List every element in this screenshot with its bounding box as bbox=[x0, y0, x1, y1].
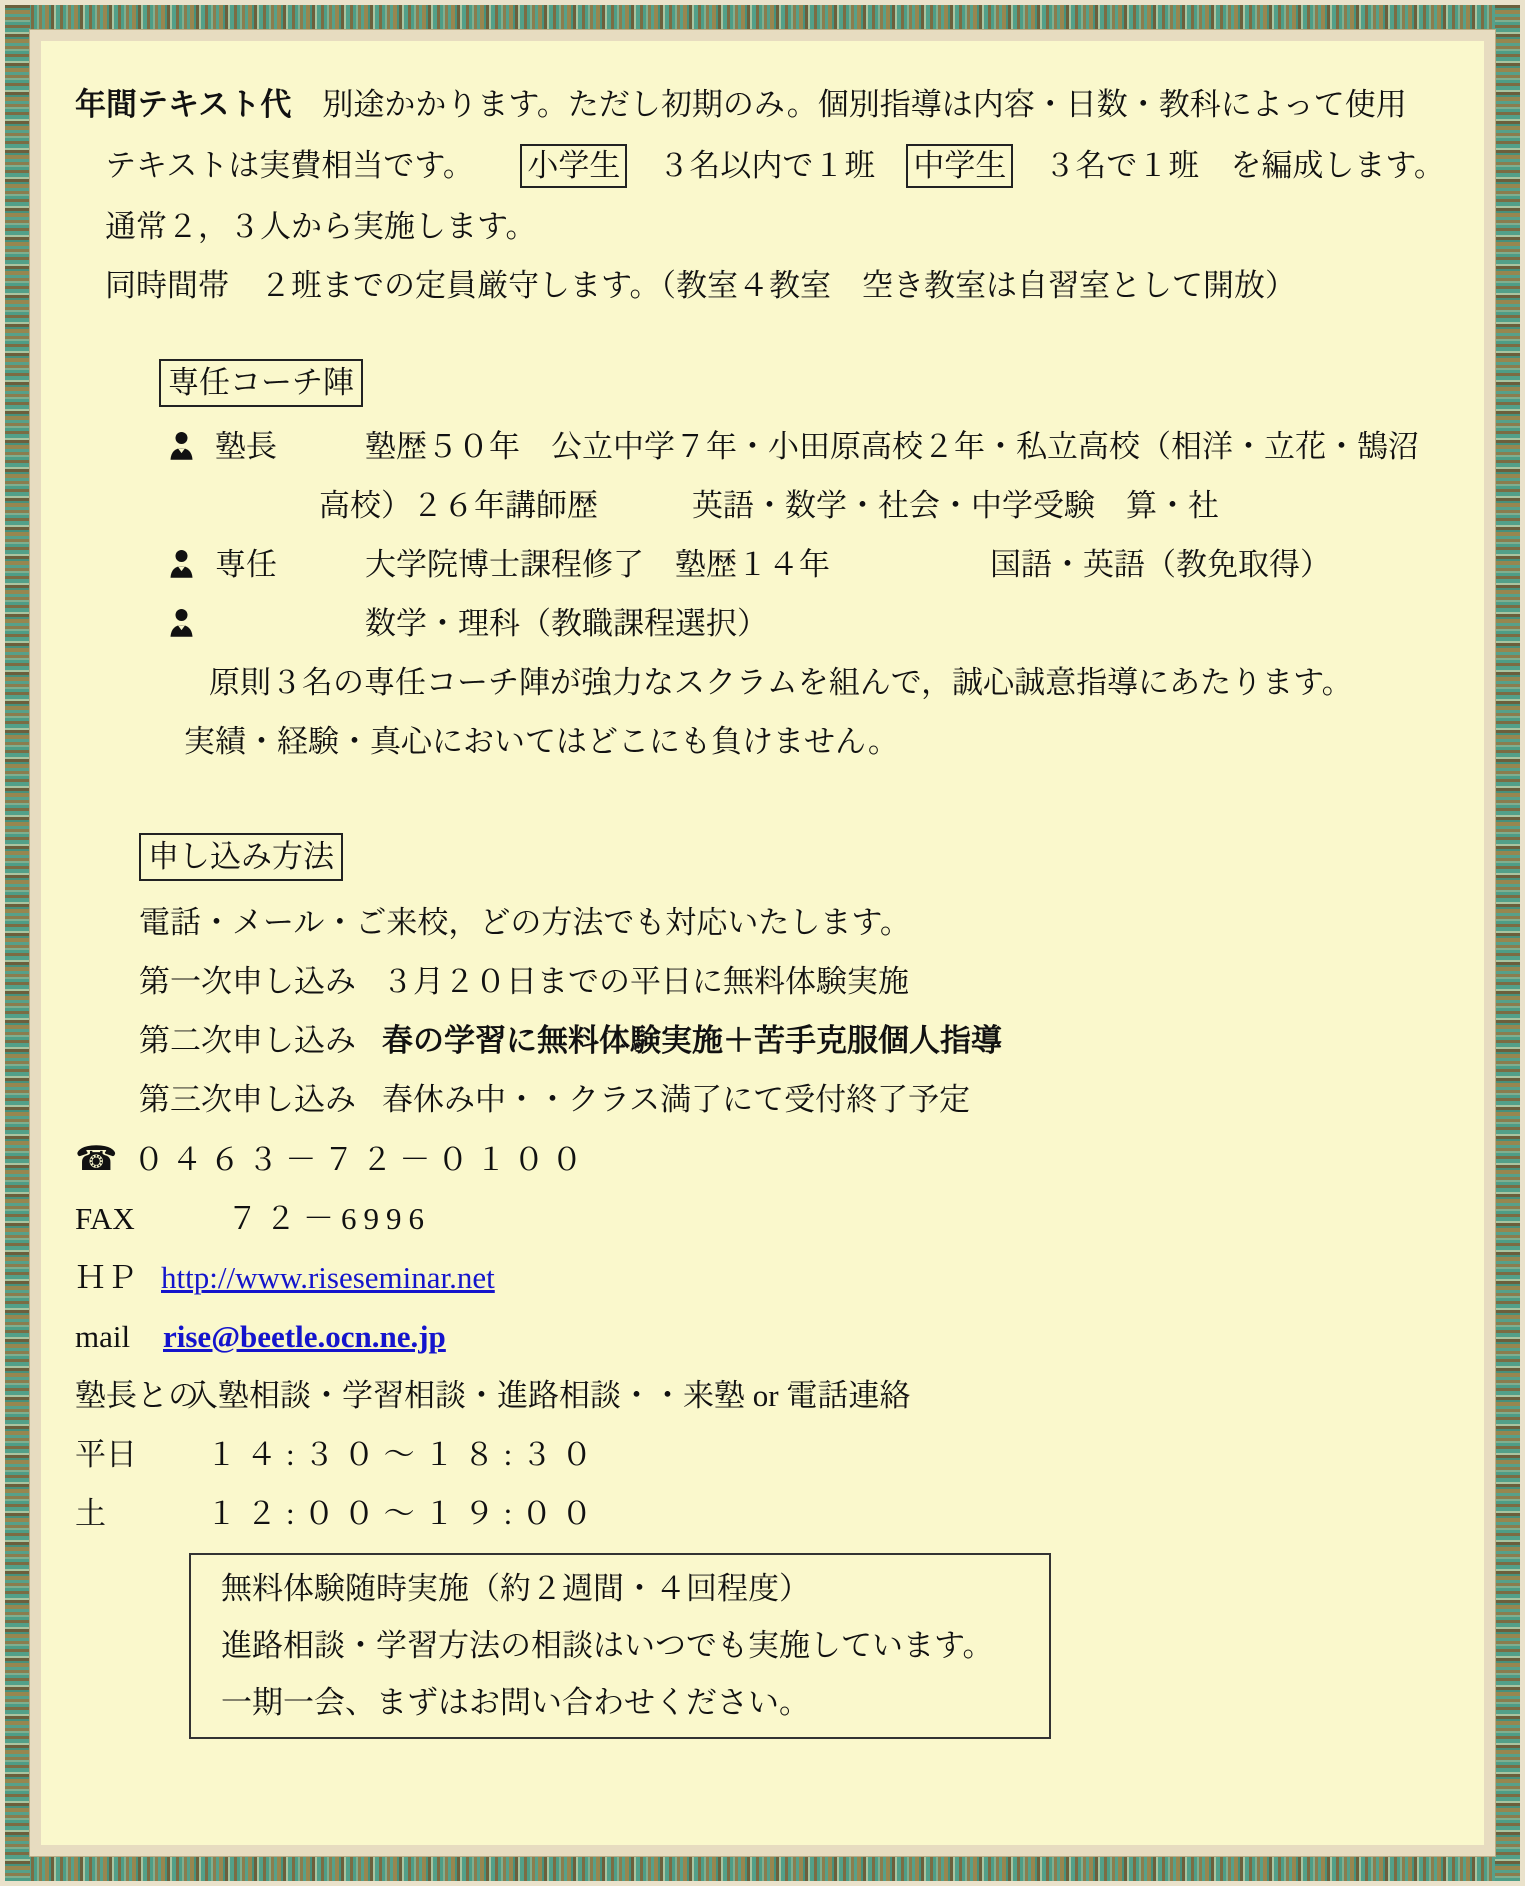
textbook-fee-line1: 年間テキスト代 別途かかります。ただし初期のみ。個別指導は内容・日数・教科によっ… bbox=[75, 85, 1436, 125]
consult-label: 塾長との bbox=[75, 1376, 187, 1416]
free-trial-box: 無料体験随時実施（約２週間・４回程度） 進路相談・学習方法の相談はいつでも実施し… bbox=[189, 1553, 1051, 1739]
document-content: 年間テキスト代 別途かかります。ただし初期のみ。個別指導は内容・日数・教科によっ… bbox=[41, 41, 1484, 1845]
hours-time: １４:３０～１８:３０ bbox=[206, 1437, 601, 1472]
consult-line: 塾長との入塾相談・学習相談・進路相談・・来塾 or 電話連絡 bbox=[75, 1376, 1436, 1416]
telephone-icon: ☎ bbox=[75, 1139, 117, 1179]
apply-step-text-bold: 春の学習に無料体験実施＋苦手克服個人指導 bbox=[382, 1023, 1002, 1058]
homepage-link[interactable]: http://www.riseseminar.net bbox=[161, 1260, 495, 1295]
coach-role: 専任 bbox=[215, 545, 365, 585]
elementary-class-size: ３名以内で１班 bbox=[627, 148, 906, 183]
coach-fulltime-history: 大学院博士課程修了 塾歴１４年 bbox=[365, 545, 830, 585]
apply-intro: 電話・メール・ご来校，どの方法でも対応いたします。 bbox=[139, 903, 1436, 943]
coach-principal-history: 高校）２６年講師歴 bbox=[319, 486, 598, 526]
person-icon bbox=[169, 545, 215, 579]
hours-saturday: 土１２:００～１９:００ bbox=[75, 1494, 1436, 1534]
apply-heading: 申し込み方法 bbox=[139, 833, 343, 881]
frame-pattern-bottom bbox=[5, 1856, 1520, 1881]
coach-principal-line2: 高校）２６年講師歴 英語・数学・社会・中学受験 算・社 bbox=[319, 486, 1219, 526]
coach-principal-line1: 塾歴５０年 公立中学７年・小田原高校２年・私立高校（相洋・立花・鵠沼 bbox=[365, 427, 1419, 467]
coach-third-subjects: 数学・理科（教職課程選択） bbox=[365, 604, 768, 644]
apply-step-2: 第二次申し込み春の学習に無料体験実施＋苦手克服個人指導 bbox=[139, 1021, 1436, 1061]
trial-line-2: 進路相談・学習方法の相談はいつでも実施しています。 bbox=[221, 1626, 1039, 1666]
coaches-note1: 原則３名の専任コーチ陣が強力なスクラムを組んで，誠心誠意指導にあたります。 bbox=[209, 663, 1436, 703]
apply-step-3: 第三次申し込み春休み中・・クラス満了にて受付終了予定 bbox=[139, 1080, 1436, 1120]
coaches-heading: 専任コーチ陣 bbox=[159, 359, 363, 407]
fax-line: FAX７２－6996 bbox=[75, 1199, 1436, 1239]
apply-step-1: 第一次申し込み３月２０日までの平日に無料体験実施 bbox=[139, 962, 1436, 1002]
elementary-student-tag: 小学生 bbox=[520, 144, 627, 188]
person-icon bbox=[169, 604, 215, 638]
junior-class-size: ３名で１班 を編成します。 bbox=[1013, 148, 1445, 183]
junior-high-student-tag: 中学生 bbox=[906, 144, 1013, 188]
person-icon bbox=[169, 427, 215, 461]
textbook-fee-line1-text: 別途かかります。ただし初期のみ。個別指導は内容・日数・教科によって使用 bbox=[291, 87, 1406, 122]
hours-weekday: 平日１４:３０～１８:３０ bbox=[75, 1435, 1436, 1475]
flyer-page: 年間テキスト代 別途かかります。ただし初期のみ。個別指導は内容・日数・教科によっ… bbox=[0, 0, 1525, 1886]
hp-label: ＨＰ bbox=[75, 1258, 161, 1298]
frame-pattern-left bbox=[5, 5, 30, 1881]
apply-step-text: 春休み中・・クラス満了にて受付終了予定 bbox=[382, 1082, 970, 1117]
coaches-note2: 実績・経験・真心においてはどこにも負けません。 bbox=[184, 722, 1436, 762]
class-size-pre: テキストは実費相当です。 bbox=[105, 148, 520, 183]
frame-pattern-top bbox=[5, 5, 1520, 30]
coach-row-principal: 塾長 塾歴５０年 公立中学７年・小田原高校２年・私立高校（相洋・立花・鵠沼 bbox=[169, 427, 1436, 467]
phone-number: ０４６３－７２－０１００ bbox=[133, 1142, 589, 1177]
apply-step-text: ３月２０日までの平日に無料体験実施 bbox=[382, 964, 909, 999]
trial-line-1: 無料体験随時実施（約２週間・４回程度） bbox=[221, 1569, 1039, 1609]
hp-line: ＨＰhttp://www.riseseminar.net bbox=[75, 1258, 1436, 1298]
coach-row-fulltime: 専任 大学院博士課程修了 塾歴１４年 国語・英語（教免取得） bbox=[169, 545, 1436, 585]
mail-line: mailrise@beetle.ocn.ne.jp bbox=[75, 1317, 1436, 1357]
coach-row-third: 数学・理科（教職課程選択） bbox=[169, 604, 1436, 644]
textbook-fee-title: 年間テキスト代 bbox=[75, 87, 291, 122]
coach-principal-subjects: 英語・数学・社会・中学受験 算・社 bbox=[692, 486, 1219, 526]
fax-label: FAX bbox=[75, 1199, 227, 1239]
apply-step-label: 第三次申し込み bbox=[139, 1080, 356, 1120]
email-link[interactable]: rise@beetle.ocn.ne.jp bbox=[163, 1319, 446, 1354]
apply-step-label: 第一次申し込み bbox=[139, 962, 356, 1002]
mail-label: mail bbox=[75, 1317, 163, 1357]
coach-role: 塾長 bbox=[215, 427, 365, 467]
contact-section: ☎０４６３－７２－０１００ FAX７２－6996 ＨＰhttp://www.ri… bbox=[75, 1139, 1436, 1534]
textbook-fee-line2: テキストは実費相当です。 小学生 ３名以内で１班 中学生 ３名で１班 を編成しま… bbox=[105, 144, 1436, 188]
coaches-section: 専任コーチ陣 塾長 塾歴５０年 公立中学７年・小田原高校２年・私立高校（相洋・立… bbox=[159, 325, 1436, 762]
consult-text: 入塾相談・学習相談・進路相談・・来塾 or 電話連絡 bbox=[187, 1378, 910, 1413]
capacity-line: 同時間帯 ２班までの定員厳守します。（教室４教室 空き教室は自習室として開放） bbox=[105, 266, 1436, 306]
trial-line-3: 一期一会、まずはお問い合わせください。 bbox=[221, 1683, 1039, 1723]
fax-number: ７２－6996 bbox=[227, 1201, 431, 1236]
apply-section: 申し込み方法 電話・メール・ご来校，どの方法でも対応いたします。 第一次申し込み… bbox=[139, 781, 1436, 1120]
hours-day: 平日 bbox=[75, 1435, 206, 1475]
phone-line: ☎０４６３－７２－０１００ bbox=[75, 1139, 1436, 1180]
frame-pattern-right bbox=[1495, 5, 1520, 1881]
hours-time: １２:００～１９:００ bbox=[206, 1496, 601, 1531]
apply-step-label: 第二次申し込み bbox=[139, 1021, 356, 1061]
coach-fulltime-subjects: 国語・英語（教免取得） bbox=[990, 545, 1331, 585]
min-students-line: 通常２，３人から実施します。 bbox=[105, 207, 1436, 247]
hours-day: 土 bbox=[75, 1494, 206, 1534]
